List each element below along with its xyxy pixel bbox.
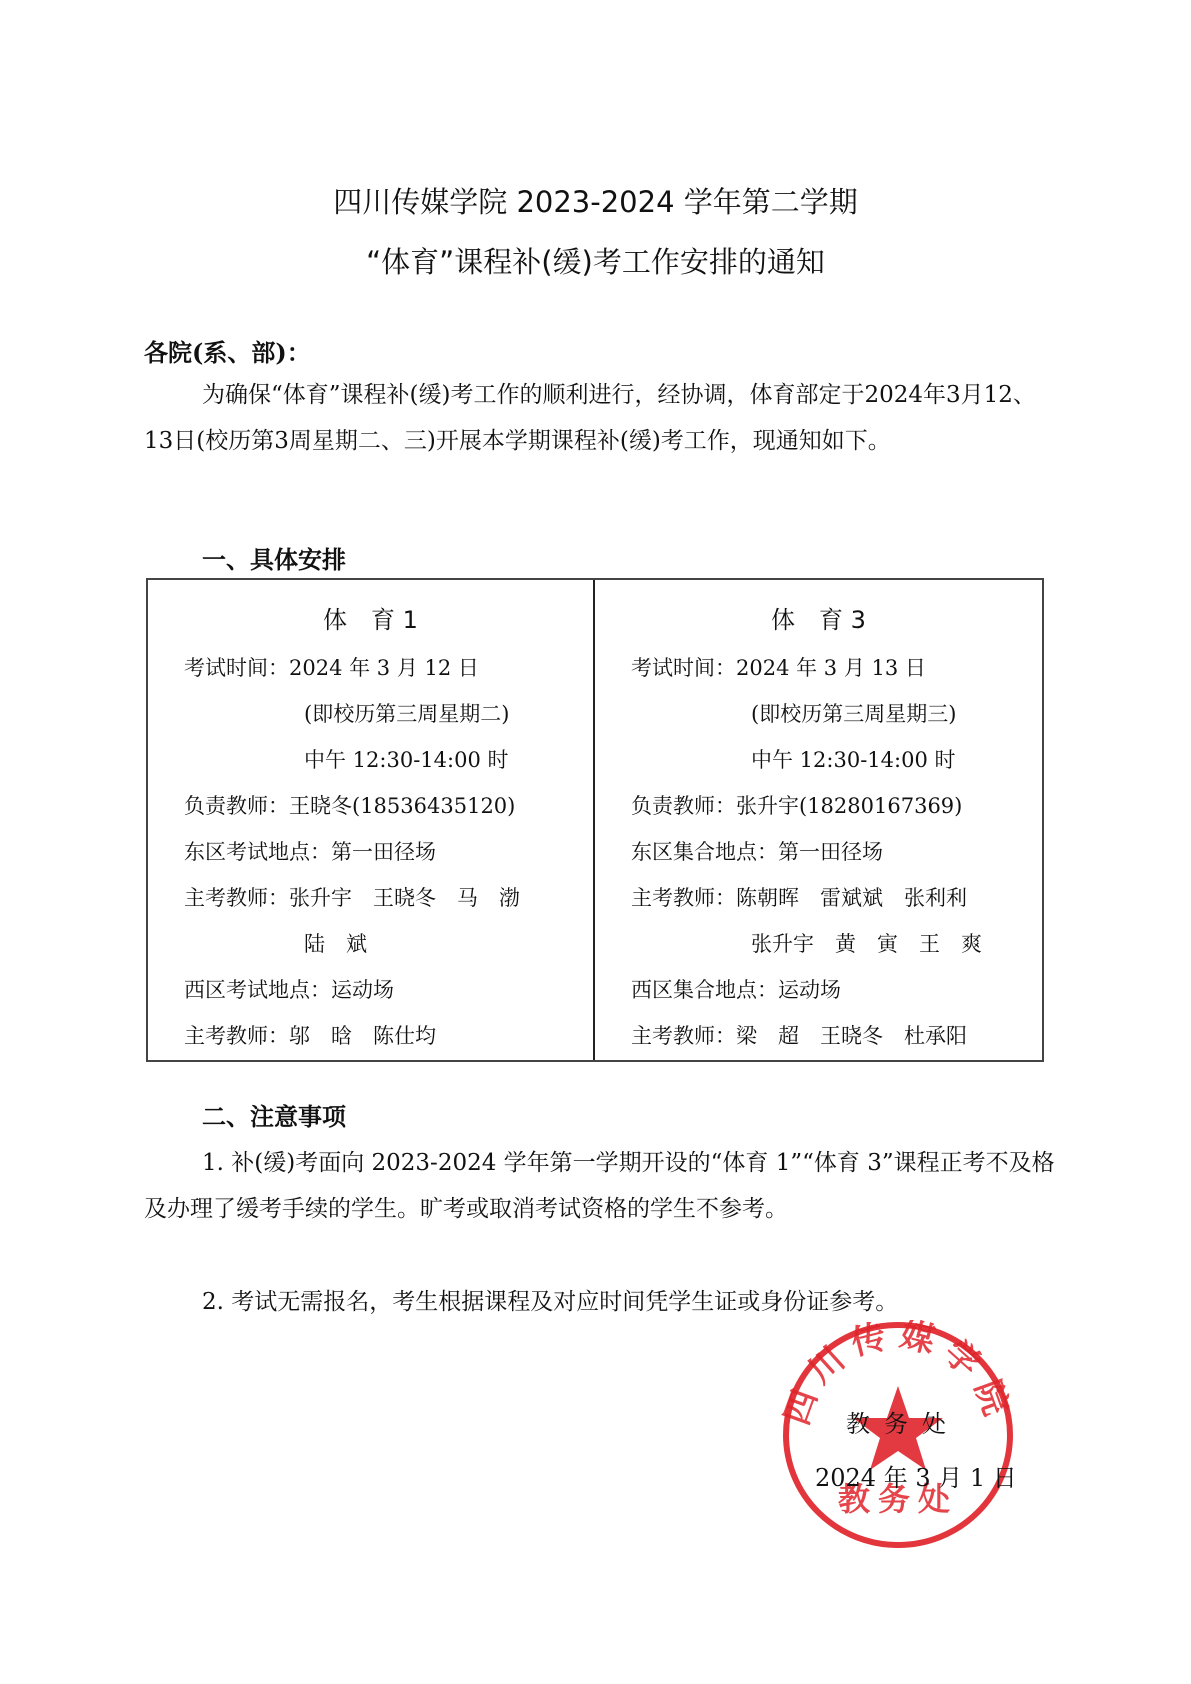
pe3-row-east-examiners-cont: 张升宇 黄 寅 王 爽 xyxy=(751,928,982,958)
signature-date: 2024 年 3 月 1 日 xyxy=(815,1458,1017,1493)
signature-department: 教务处 xyxy=(846,1404,960,1439)
pe1-title: 体 育 1 xyxy=(148,600,593,635)
schedule-table: 体 育 1 考试时间：2024 年 3 月 12 日 (即校历第三周星期二) 中… xyxy=(146,578,1044,1062)
pe3-row-east-examiners: 主考教师：陈朝晖 雷斌斌 张利利 xyxy=(631,882,967,912)
pe3-row-week: (即校历第三周星期三) xyxy=(751,698,956,728)
pe3-row-time: 考试时间：2024 年 3 月 13 日 xyxy=(631,652,926,682)
pe1-row-week: (即校历第三周星期二) xyxy=(304,698,509,728)
note-item-2: 2. 考试无需报名，考生根据课程及对应时间凭学生证或身份证参考。 xyxy=(144,1279,1056,1325)
pe3-row-west-examiners: 主考教师：梁 超 王晓冬 杜承阳 xyxy=(631,1020,967,1050)
pe1-row-west-location: 西区考试地点：运动场 xyxy=(184,974,394,1004)
title-line-1: 四川传媒学院 2023-2024 学年第二学期 xyxy=(0,180,1191,221)
pe1-row-east-location: 东区考试地点：第一田径场 xyxy=(184,836,436,866)
pe3-row-east-location: 东区集合地点：第一田径场 xyxy=(631,836,883,866)
pe3-row-hours: 中午 12:30-14:00 时 xyxy=(751,744,955,774)
salutation: 各院(系、部)： xyxy=(144,333,311,368)
pe3-row-west-location: 西区集合地点：运动场 xyxy=(631,974,841,1004)
pe1-row-teacher: 负责教师：王晓冬(18536435120) xyxy=(184,790,515,820)
pe1-row-hours: 中午 12:30-14:00 时 xyxy=(304,744,508,774)
pe3-column: 体 育 3 考试时间：2024 年 3 月 13 日 (即校历第三周星期三) 中… xyxy=(595,580,1042,1060)
pe1-row-east-examiners-cont: 陆 斌 xyxy=(304,928,367,958)
pe1-row-west-examiners: 主考教师：邬 晗 陈仕均 xyxy=(184,1020,436,1050)
pe1-column: 体 育 1 考试时间：2024 年 3 月 12 日 (即校历第三周星期二) 中… xyxy=(148,580,595,1060)
intro-paragraph: 为确保“体育”课程补(缓)考工作的顺利进行，经协调，体育部定于2024年3月12… xyxy=(144,372,1056,464)
note-item-1: 1. 补(缓)考面向 2023-2024 学年第一学期开设的“体育 1”“体育 … xyxy=(144,1140,1056,1232)
pe1-row-east-examiners: 主考教师：张升宇 王晓冬 马 渤 xyxy=(184,882,520,912)
title-line-2: “体育”课程补(缓)考工作安排的通知 xyxy=(0,240,1191,281)
pe1-row-time: 考试时间：2024 年 3 月 12 日 xyxy=(184,652,479,682)
pe3-title: 体 育 3 xyxy=(595,600,1042,635)
pe3-row-teacher: 负责教师：张升宇(18280167369) xyxy=(631,790,962,820)
section-2-heading: 二、注意事项 xyxy=(202,1097,346,1132)
section-1-heading: 一、具体安排 xyxy=(202,540,346,575)
